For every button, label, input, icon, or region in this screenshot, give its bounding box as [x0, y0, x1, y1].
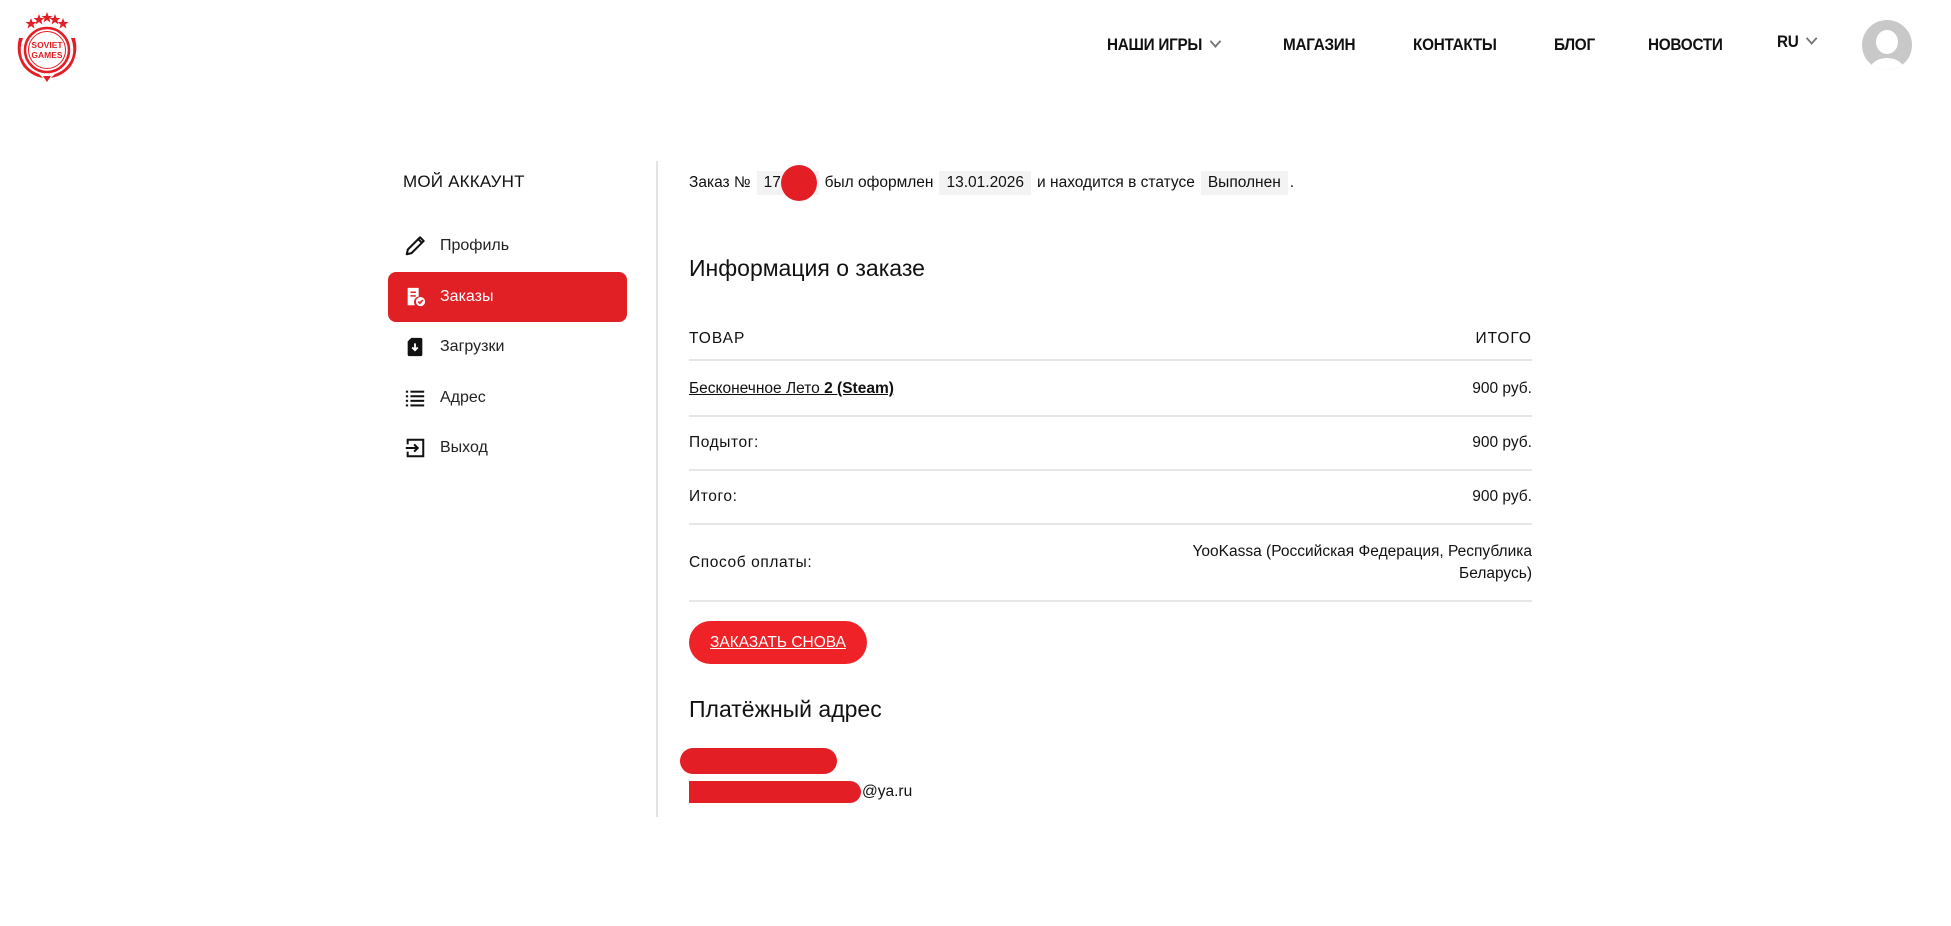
list-icon [404, 387, 426, 409]
download-file-icon [404, 336, 426, 358]
avatar-head-shape [1876, 30, 1898, 54]
product-link[interactable]: Бесконечное Лето 2 (Steam) [689, 380, 894, 398]
avatar-body-shape [1870, 58, 1904, 70]
nav-shop[interactable]: МАГАЗИН [1283, 30, 1355, 60]
table-row: Итого: 900 руб. [689, 471, 1532, 525]
order-placed-text: был оформлен [825, 174, 934, 192]
table-row: Способ оплаты: YooKassa (Российская Феде… [689, 525, 1532, 602]
product-total: 900 руб. [1472, 380, 1532, 398]
payment-method-label: Способ оплаты: [689, 554, 812, 572]
pencil-icon [404, 235, 426, 257]
language-selector[interactable]: RU [1777, 27, 1816, 57]
payment-method-line2: Беларусь) [1459, 565, 1532, 582]
sidebar-item-downloads[interactable]: Загрузки [388, 322, 627, 372]
sidebar-item-label: Заказы [440, 288, 493, 306]
sidebar-item-label: Выход [440, 439, 488, 457]
email-suffix: @ya.ru [862, 783, 912, 801]
nav-news-label: НОВОСТИ [1648, 35, 1723, 54]
chevron-down-icon [1209, 35, 1220, 48]
nav-shop-label: МАГАЗИН [1283, 35, 1355, 54]
order-status-text: и находится в статусе [1037, 174, 1195, 192]
sidebar-item-logout[interactable]: Выход [388, 423, 627, 473]
logo-text-line1: SOVIET [31, 40, 63, 50]
product-name: Бесконечное Лето [689, 380, 824, 397]
nav-contacts[interactable]: КОНТАКТЫ [1413, 30, 1497, 60]
table-row: Бесконечное Лето 2 (Steam) 900 руб. [689, 363, 1532, 417]
nav-blog[interactable]: БЛОГ [1554, 30, 1595, 60]
sidebar-item-address[interactable]: Адрес [388, 373, 627, 423]
nav-our-games[interactable]: НАШИ ИГРЫ [1107, 30, 1219, 60]
sidebar-item-label: Адрес [440, 389, 486, 407]
soviet-games-logo[interactable]: SOVIET GAMES [9, 8, 85, 84]
nav-contacts-label: КОНТАКТЫ [1413, 35, 1497, 54]
order-prefix: Заказ № [689, 174, 751, 192]
billing-email: @ya.ru [689, 781, 912, 803]
order-number: 17 [757, 171, 819, 195]
nav-blog-label: БЛОГ [1554, 35, 1595, 54]
subtotal-value: 900 руб. [1472, 434, 1532, 452]
user-avatar-icon[interactable] [1862, 20, 1912, 70]
product-name-bold: 2 (Steam) [824, 380, 894, 397]
language-label: RU [1777, 32, 1799, 51]
sidebar-item-label: Профиль [440, 237, 509, 255]
table-header: ТОВАР ИТОГО [689, 318, 1532, 361]
sidebar-item-profile[interactable]: Профиль [388, 221, 627, 271]
order-number-redaction [781, 165, 817, 201]
sidebar-item-orders[interactable]: Заказы [388, 272, 627, 322]
order-number-visible: 17 [764, 174, 781, 191]
chevron-down-icon [1806, 32, 1817, 45]
payment-method-line1: YooKassa (Российская Федерация, Республи… [1193, 543, 1532, 560]
order-line-end: . [1290, 174, 1294, 192]
sidebar-divider [656, 161, 658, 817]
account-title: МОЙ АККАУНТ [403, 172, 525, 192]
order-again-button[interactable]: ЗАКАЗАТЬ СНОВА [689, 621, 867, 664]
order-details-title: Информация о заказе [689, 255, 925, 282]
nav-our-games-label: НАШИ ИГРЫ [1107, 35, 1202, 54]
order-summary-line: Заказ № 17 был оформлен 13.01.2026 и нах… [689, 171, 1294, 195]
orders-icon [404, 286, 426, 308]
order-status-badge: Выполнен [1201, 171, 1288, 195]
nav-news[interactable]: НОВОСТИ [1648, 30, 1723, 60]
logout-icon [404, 437, 426, 459]
billing-name-redaction [680, 748, 837, 774]
logo-text-line2: GAMES [31, 50, 63, 60]
order-date: 13.01.2026 [939, 171, 1031, 195]
column-header-total: ИТОГО [1475, 330, 1532, 348]
subtotal-label: Подытог: [689, 434, 759, 452]
column-header-product: ТОВАР [689, 330, 745, 348]
email-redaction [689, 781, 861, 803]
total-label: Итого: [689, 488, 738, 506]
sidebar-item-label: Загрузки [440, 338, 504, 356]
payment-method-value: YooKassa (Российская Федерация, Республи… [1193, 541, 1532, 585]
table-row: Подытог: 900 руб. [689, 417, 1532, 471]
billing-address-title: Платёжный адрес [689, 696, 882, 723]
total-value: 900 руб. [1472, 488, 1532, 506]
